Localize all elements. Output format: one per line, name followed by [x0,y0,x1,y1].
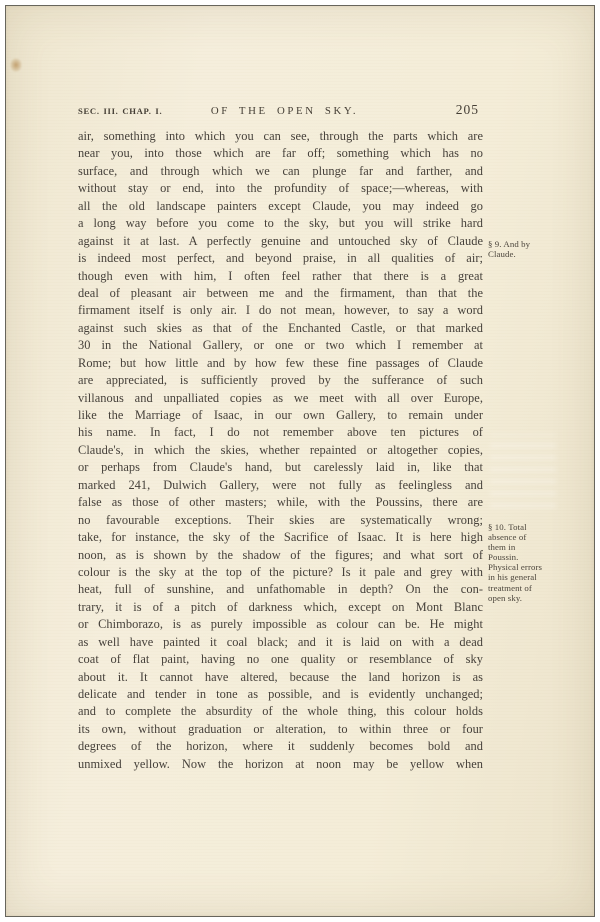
body-text-line: or perhaps from Claude's hand, but carel… [78,459,483,476]
body-text-line: marked 241, Dulwich Gallery, were not fu… [78,477,483,494]
body-text-column: air, something into which you can see, t… [78,128,483,773]
scanned-book-page: SEC. III. CHAP. I. OF THE OPEN SKY. 205 … [5,5,595,917]
margin-note-line: treatment of [488,583,570,593]
body-text-line: deal of pleasant air between me and the … [78,285,483,302]
body-text-line: as well have painted it coal black; and … [78,634,483,651]
body-text-line: noon, as is shown by the shadow of the f… [78,547,483,564]
body-text-line: unmixed yellow. Now the horizon at noon … [78,756,483,773]
margin-note-line: open sky. [488,593,570,603]
body-text-line: Claude's, in which the skies, whether re… [78,442,483,459]
body-text-line: and to complete the absurdity of the who… [78,703,483,720]
body-text-line: against such skies as that of the Enchan… [78,320,483,337]
body-text-line: take, for instance, the sky of the Sacri… [78,529,483,546]
body-text-line: trary, it is of a pitch of darkness whic… [78,599,483,616]
body-text-line: all the old landscape painters except Cl… [78,198,483,215]
body-text-line: firmament itself is only air. I do not m… [78,302,483,319]
body-text-line: colour is the sky at the top of the pict… [78,564,483,581]
margin-note-line: Poussin. [488,552,570,562]
page-header: SEC. III. CHAP. I. OF THE OPEN SKY. 205 [78,102,482,118]
body-text-line: near you, into those which are far off; … [78,145,483,162]
body-text-line: Rome; but how little and by how few thes… [78,355,483,372]
margin-note-section-9: § 9. And byClaude. [488,239,570,259]
margin-note-line: in his general [488,572,570,582]
margin-note-line: Claude. [488,249,570,259]
section-chapter-label: SEC. III. CHAP. I. [78,106,162,116]
body-text-line: is indeed most perfect, and beyond prais… [78,250,483,267]
show-through-artifact [490,434,556,508]
margin-note-line: § 9. And by [488,239,570,249]
body-text-line: a long way before you come to the sky, b… [78,215,483,232]
body-text-line: degrees of the horizon, where it suddenl… [78,738,483,755]
body-text-line: his name. In fact, I do not remember abo… [78,424,483,441]
body-text-line: or Chimborazo, is as purely impossible a… [78,616,483,633]
body-text-line: are appreciated, is sufficiently proved … [78,372,483,389]
margin-note-line: § 10. Total [488,522,570,532]
body-text-line: villanous and unpalliated copies as we m… [78,390,483,407]
body-text-line: its own, without graduation or alteratio… [78,721,483,738]
body-text-line: like the Marriage of Isaac, in our own G… [78,407,483,424]
foxing-spot [10,58,22,72]
margin-note-line: Physical errors [488,562,570,572]
body-text-line: no favourable exceptions. Their skies ar… [78,512,483,529]
body-text-line: coat of flat paint, having no one qualit… [78,651,483,668]
body-text-line: surface, and through which we can plunge… [78,163,483,180]
body-text-line: against it at last. A perfectly genuine … [78,233,483,250]
running-title: OF THE OPEN SKY. [211,105,358,117]
body-text-line: delicate and tender in tone as possible,… [78,686,483,703]
body-text-line: air, something into which you can see, t… [78,128,483,145]
body-text-line: though even with him, I often feel rathe… [78,268,483,285]
margin-note-section-10: § 10. Totalabsence ofthem inPoussin.Phys… [488,522,570,603]
margin-note-line: absence of [488,532,570,542]
body-text-line: 30 in the National Gallery, or one or tw… [78,337,483,354]
body-text-line: false as those of other masters; while, … [78,494,483,511]
body-text-line: without stay or end, into the profundity… [78,180,483,197]
body-text-line: heat, full of sunshine, and unfathomable… [78,581,483,598]
page-number: 205 [456,102,479,118]
margin-note-line: them in [488,542,570,552]
body-text-line: about it. It cannot have altered, becaus… [78,669,483,686]
